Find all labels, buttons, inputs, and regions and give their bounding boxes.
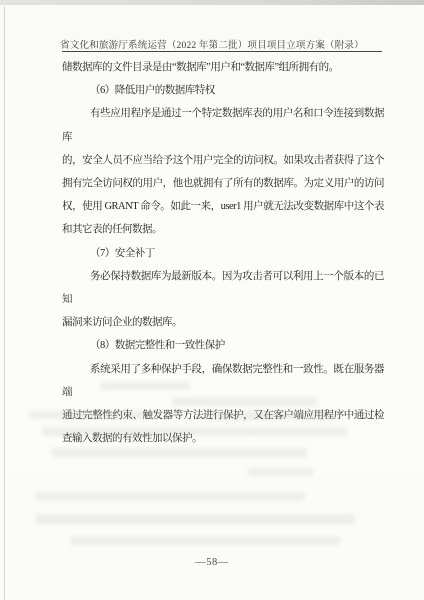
document-body: 储数据库的文件目录是由“数据库”用户和“数据库”组所拥有的。（6）降低用户的数据…	[62, 56, 384, 450]
text-line: （6）降低用户的数据库特权	[62, 79, 384, 102]
scan-edge-top	[0, 0, 424, 5]
bleed-through-artifact	[42, 427, 347, 436]
text-line: 拥有完全访问权的用户，他也就拥有了所有的数据库。为定义用户的访问	[62, 172, 384, 195]
text-line: 有些应用程序是通过一个特定数据库表的用户名和口令连接到数据库	[62, 102, 384, 148]
text-line: 务必保持数据库为最新版本。因为攻击者可以利用上一个版本的已知	[62, 265, 384, 311]
bleed-through-artifact	[205, 411, 335, 420]
text-line: （7）安全补丁	[62, 242, 384, 265]
bleed-through-artifact	[70, 536, 340, 545]
bleed-through-artifact	[35, 514, 355, 524]
text-line: （8）数据完整性和一致性保护	[62, 334, 384, 357]
text-line: 储数据库的文件目录是由“数据库”用户和“数据库”组所拥有的。	[62, 56, 384, 79]
page-header: 省文化和旅游厅系统运营（2022 年第二批）项目项目立项方案（附录）	[40, 37, 384, 51]
page-number: —58—	[0, 557, 424, 568]
scanned-document-page: 省文化和旅游厅系统运营（2022 年第二批）项目项目立项方案（附录） 储数据库的…	[0, 0, 424, 600]
bleed-through-artifact	[30, 411, 145, 419]
bleed-through-artifact	[248, 468, 313, 476]
bleed-through-artifact	[35, 492, 305, 501]
header-rule	[62, 51, 382, 52]
scan-edge-left	[4, 6, 5, 600]
bleed-through-artifact	[52, 448, 307, 457]
bleed-through-artifact	[100, 382, 190, 390]
text-line: 的，安全人员不应当给予这个用户完全的访问权。如果攻击者获得了这个	[62, 149, 384, 172]
bleed-through-artifact	[172, 397, 317, 406]
text-line: 漏洞来访问企业的数据库。	[62, 311, 384, 334]
text-line: 权，使用 GRANT 命令。如此一来，user1 用户就无法改变数据库中这个表	[62, 195, 384, 218]
text-line: 和其它表的任何数据。	[62, 218, 384, 241]
